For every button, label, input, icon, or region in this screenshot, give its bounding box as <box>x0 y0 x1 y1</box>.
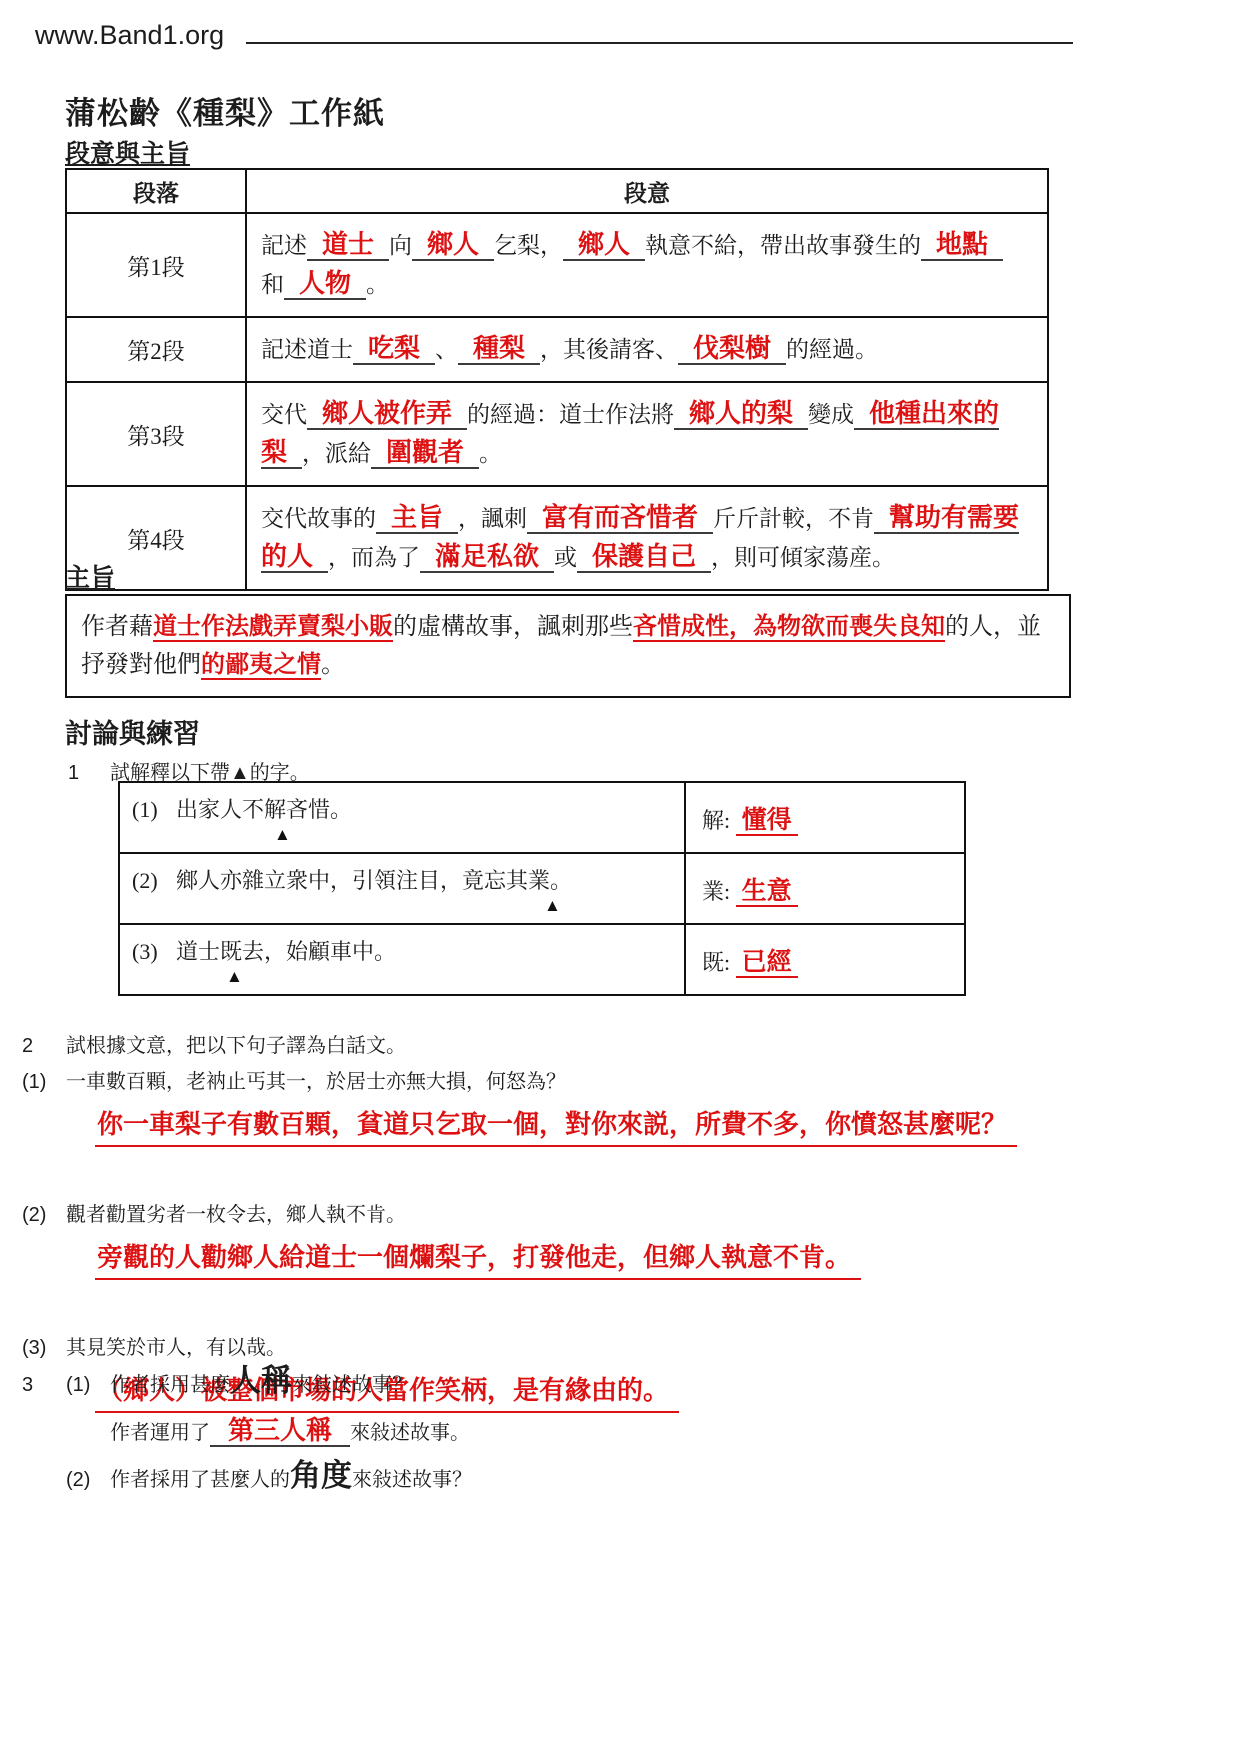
worksheet-page: www.Band1.org 蒲松齡《種梨》工作紙 段意與主旨 段落 段意 第1段… <box>0 0 1240 1754</box>
item-number: (3) <box>132 939 176 965</box>
answer-blank: 第三人稱 <box>210 1416 350 1447</box>
table-header-row: 段落 段意 <box>66 169 1048 213</box>
answer-blank: 保護自己 <box>577 542 711 573</box>
translated-answer: 旁觀的人勸鄉人給道士一個爛梨子，打發他走，但鄉人執意不肯。 <box>95 1237 861 1280</box>
column-header-paragraph: 段落 <box>66 169 246 213</box>
question1-number: 1 <box>68 762 110 785</box>
site-name: www.Band1.org <box>35 20 224 51</box>
row-label: 第3段 <box>66 382 246 486</box>
text: 作者採用甚麼 <box>110 1374 230 1396</box>
table-row: (2)鄉人亦雜立衆中，引領注目，竟忘其業。 ▲ 業: 生意 <box>119 853 965 924</box>
table-row: 第1段 記述道士向鄉人乞梨，鄉人執意不給，帶出故事發生的地點和人物。 <box>66 213 1048 317</box>
page-title: 蒲松齡《種梨》工作紙 <box>65 88 385 133</box>
table-row: 第2段 記述道士吃梨、種梨，其後請客、伐梨樹的經過。 <box>66 317 1048 382</box>
answer-row: 旁觀的人勸鄉人給道士一個爛梨子，打發他走，但鄉人執意不肯。 <box>22 1229 1142 1308</box>
table-row: 第3段 交代鄉人被作弄的經過：道士作法將鄉人的梨變成他種出來的梨，派給圍觀者。 <box>66 382 1048 486</box>
column-header-meaning: 段意 <box>246 169 1048 213</box>
text: 的虛構故事，諷刺那些 <box>393 614 633 640</box>
answer-text: 生意 <box>736 878 798 907</box>
answer-blank: 鄉人 <box>563 230 645 261</box>
row-content: 交代鄉人被作弄的經過：道士作法將鄉人的梨變成他種出來的梨，派給圍觀者。 <box>246 382 1048 486</box>
text: ，則可傾家蕩産。 <box>711 545 895 570</box>
answer-blank: 伐梨樹 <box>678 334 786 365</box>
text: 來敍述故事。 <box>350 1422 470 1444</box>
paragraph-meaning-table: 段落 段意 第1段 記述道士向鄉人乞梨，鄉人執意不給，帶出故事發生的地點和人物。… <box>65 168 1049 591</box>
item-number: (2) <box>66 1465 110 1495</box>
sub-question-row: (3)其見笑於市人，有以哉。 <box>22 1334 1142 1362</box>
text: 交代 <box>261 402 307 427</box>
triangle-marker: ▲ <box>544 895 674 917</box>
question2-item: (1)一車數百顆，老衲止丐其一，於居士亦無大損，何怒為？ 你一車梨子有數百顆，貧… <box>22 1068 1142 1175</box>
item-number: (1) <box>22 1068 66 1096</box>
table-row: (1)出家人不解吝惜。 ▲ 解: 懂得 <box>119 782 965 853</box>
sub-question-text: 一車數百顆，老衲止丐其一，於居士亦無大損，何怒為？ <box>66 1071 566 1093</box>
text: 的經過。 <box>786 337 878 362</box>
text: 作者採用了甚麼人的 <box>110 1469 290 1491</box>
row-content: 交代故事的主旨，諷刺富有而吝惜者斤斤計較，不肯幫助有需要的人，而為了滿足私欲或保… <box>246 486 1048 590</box>
theme-box: 作者藉道士作法戲弄賣梨小販的虛構故事，諷刺那些吝惜成性，為物欲而喪失良知的人，並… <box>65 594 1071 698</box>
text: ，諷刺 <box>458 506 527 531</box>
question3-item1-row: 3(1)作者採用甚麼人稱來敍述故事？ <box>22 1366 1142 1400</box>
question2-prompt-row: 2試根據文意，把以下句子譯為白話文。 <box>22 1032 1142 1060</box>
item-number: (2) <box>132 868 176 894</box>
answer-label: 既: <box>702 950 730 975</box>
answer-cell: 解: 懂得 <box>685 782 965 853</box>
answer-blank: 地點 <box>921 230 1003 261</box>
sentence-line: (2)鄉人亦雜立衆中，引領注目，竟忘其業。 <box>132 864 674 895</box>
answer-blank: 主旨 <box>376 503 458 534</box>
text: 。 <box>479 441 502 466</box>
question3-number: 3 <box>22 1370 66 1400</box>
emphasized-word: 人稱 <box>230 1363 292 1398</box>
text: 斤斤計較，不肯 <box>713 506 874 531</box>
table-row: (3)道士既去，始顧車中。 ▲ 既: 已經 <box>119 924 965 995</box>
answer-blank: 種梨 <box>458 334 540 365</box>
text: 或 <box>554 545 577 570</box>
sub-question-text: 觀者勸置劣者一枚令去，鄉人執不肯。 <box>66 1204 406 1226</box>
triangle-marker: ▲ <box>226 966 674 988</box>
sentence-cell: (3)道士既去，始顧車中。 ▲ <box>119 924 685 995</box>
sub-question-row: (2)觀者勸置劣者一枚令去，鄉人執不肯。 <box>22 1201 1142 1229</box>
answer-cell: 既: 已經 <box>685 924 965 995</box>
section-heading-exercise: 討論與練習 <box>65 712 200 751</box>
section-heading-paragraph-meaning: 段意與主旨 <box>65 134 190 170</box>
item-number: (3) <box>22 1334 66 1362</box>
row-label: 第1段 <box>66 213 246 317</box>
sentence-cell: (1)出家人不解吝惜。 ▲ <box>119 782 685 853</box>
text: 作者藉 <box>81 614 153 640</box>
answer-blank: 富有而吝惜者 <box>527 503 713 534</box>
word-explanation-table: (1)出家人不解吝惜。 ▲ 解: 懂得 (2)鄉人亦雜立衆中，引領注目，竟忘其業… <box>118 781 966 996</box>
text: ，派給 <box>302 441 371 466</box>
row-label: 第2段 <box>66 317 246 382</box>
answer-text: 懂得 <box>736 807 798 836</box>
theme-answer: 道士作法戲弄賣梨小販 <box>153 614 393 642</box>
text: 變成 <box>808 402 854 427</box>
triangle-marker: ▲ <box>274 824 674 846</box>
sentence-text: 出家人不解吝惜。 <box>176 797 352 822</box>
row-content: 記述道士向鄉人乞梨，鄉人執意不給，帶出故事發生的地點和人物。 <box>246 213 1048 317</box>
site-header: www.Band1.org <box>35 20 1073 51</box>
sentence-text: 道士既去，始顧車中。 <box>176 939 396 964</box>
text: 來敍述故事？ <box>292 1374 412 1396</box>
question3-block: 3(1)作者採用甚麼人稱來敍述故事？ 作者運用了第三人稱來敍述故事。 (2)作者… <box>22 1366 1142 1495</box>
text: 交代故事的 <box>261 506 376 531</box>
answer-blank: 鄉人的梨 <box>674 399 808 430</box>
text: 來敍述故事？ <box>352 1469 472 1491</box>
sentence-line: (3)道士既去，始顧車中。 <box>132 935 674 966</box>
text: 記述道士 <box>261 337 353 362</box>
answer-label: 業: <box>702 879 730 904</box>
answer-row: 你一車梨子有數百顆，貧道只乞取一個，對你來説，所費不多，你憤怒甚麼呢？ <box>22 1096 1142 1175</box>
question2-number: 2 <box>22 1032 66 1060</box>
translated-answer: 你一車梨子有數百顆，貧道只乞取一個，對你來説，所費不多，你憤怒甚麼呢？ <box>95 1104 1017 1147</box>
text: 執意不給，帶出故事發生的 <box>645 233 921 258</box>
question3-item2-row: (2)作者採用了甚麼人的角度來敍述故事？ <box>22 1461 1142 1495</box>
table-row: 第4段 交代故事的主旨，諷刺富有而吝惜者斤斤計較，不肯幫助有需要的人，而為了滿足… <box>66 486 1048 590</box>
answer-blank: 人物 <box>284 269 366 300</box>
answer-blank: 鄉人被作弄 <box>307 399 467 430</box>
text: 和 <box>261 272 284 297</box>
answer-blank: 滿足私欲 <box>420 542 554 573</box>
sub-question-row: (1)一車數百顆，老衲止丐其一，於居士亦無大損，何怒為？ <box>22 1068 1142 1096</box>
answer-cell: 業: 生意 <box>685 853 965 924</box>
text: 的經過：道士作法將 <box>467 402 674 427</box>
theme-answer: 吝惜成性，為物欲而喪失良知 <box>633 614 945 642</box>
text: 。 <box>366 272 389 297</box>
text: ，而為了 <box>328 545 420 570</box>
answer-text: 已經 <box>736 949 798 978</box>
sentence-line: (1)出家人不解吝惜。 <box>132 793 674 824</box>
answer-blank: 圍觀者 <box>371 438 479 469</box>
text: 作者運用了 <box>110 1422 210 1444</box>
question2-prompt: 試根據文意，把以下句子譯為白話文。 <box>66 1035 406 1057</box>
text: 乞梨， <box>494 233 563 258</box>
answer-blank: 道士 <box>307 230 389 261</box>
text: ，其後請客、 <box>540 337 678 362</box>
text: 向 <box>389 233 412 258</box>
answer-label: 解: <box>702 808 730 833</box>
item-number: (1) <box>132 797 176 823</box>
header-rule <box>246 42 1073 44</box>
sub-question-text: 其見笑於市人，有以哉。 <box>66 1337 286 1359</box>
text: 。 <box>321 652 345 678</box>
item-number: (2) <box>22 1201 66 1229</box>
answer-blank: 鄉人 <box>412 230 494 261</box>
sentence-text: 鄉人亦雜立衆中，引領注目，竟忘其業。 <box>176 868 572 893</box>
text: 、 <box>435 337 458 362</box>
emphasized-word: 角度 <box>290 1458 352 1493</box>
question2-item: (2)觀者勸置劣者一枚令去，鄉人執不肯。 旁觀的人勸鄉人給道士一個爛梨子，打發他… <box>22 1201 1142 1308</box>
question3-item1-answer-row: 作者運用了第三人稱來敍述故事。 <box>110 1410 1142 1447</box>
item-number: (1) <box>66 1370 110 1400</box>
text: 記述 <box>261 233 307 258</box>
answer-blank: 吃梨 <box>353 334 435 365</box>
theme-answer: 的鄙夷之情 <box>201 652 321 680</box>
section-heading-theme: 主旨 <box>65 558 115 594</box>
row-content: 記述道士吃梨、種梨，其後請客、伐梨樹的經過。 <box>246 317 1048 382</box>
sentence-cell: (2)鄉人亦雜立衆中，引領注目，竟忘其業。 ▲ <box>119 853 685 924</box>
